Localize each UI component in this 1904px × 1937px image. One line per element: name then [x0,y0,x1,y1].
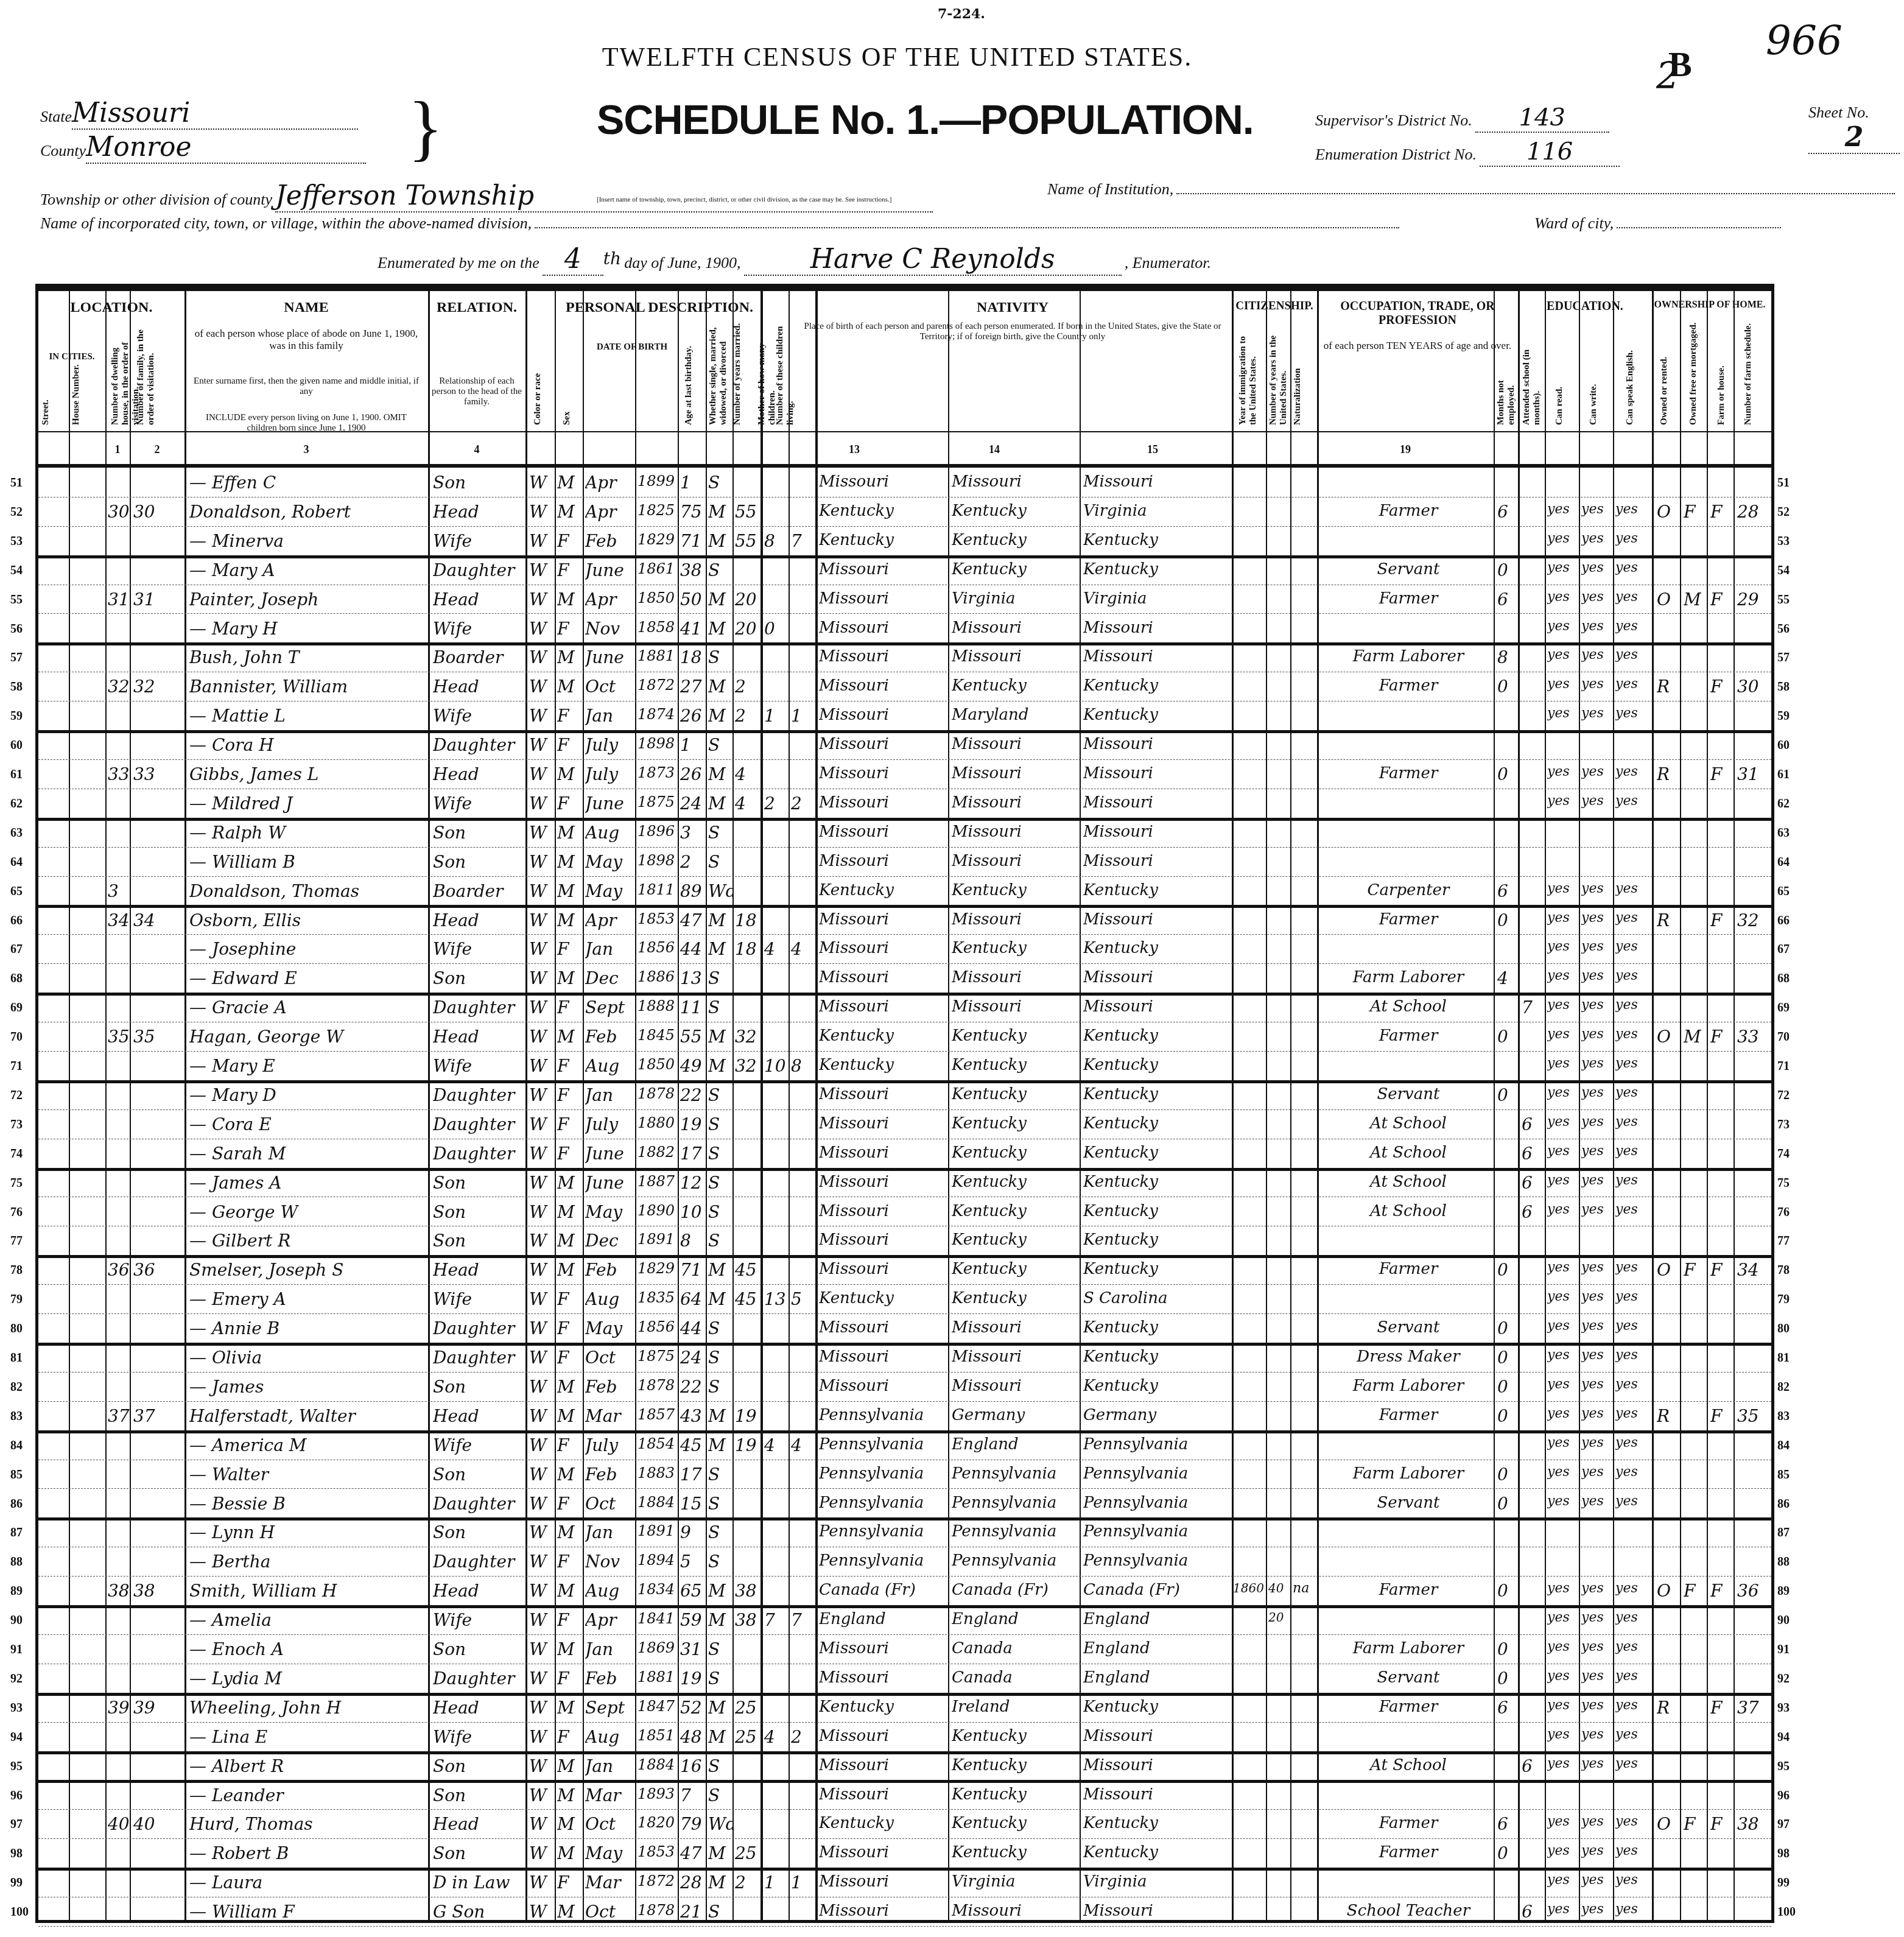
line-number-left: 82 [10,1380,23,1394]
group-ownership: OWNERSHIP OF HOME. [1652,300,1768,311]
enumerator-label: , Enumerator. [1125,254,1211,272]
line-number-left: 88 [10,1555,23,1569]
birth-year: 1854 [638,1435,676,1452]
birth-month: Mar [585,1872,634,1893]
years-married: 32 [735,1056,759,1076]
occupation: At School [1323,1756,1494,1774]
children-living: 8 [791,1056,815,1076]
table-row: 77 — Gilbert R Son W M Dec 1891 8 S Miss… [38,1226,1771,1258]
color-race: W [529,1668,553,1689]
institution-value [1176,193,1895,194]
line-number-right: 93 [1777,1701,1790,1715]
can-read: yes [1547,589,1579,605]
line-number-right: 82 [1777,1380,1790,1394]
birth-year: 1869 [638,1639,676,1656]
relation: Son [433,1202,524,1222]
marital-status: S [708,647,732,667]
birthplace-father: Kentucky [952,1843,1078,1861]
birthplace-person: Pennsylvania [819,1522,947,1541]
birthplace-person: Missouri [819,647,947,666]
color-race: W [529,997,553,1018]
age: 8 [680,1231,704,1251]
person-name: — Ralph W [189,823,427,843]
relation: Head [433,502,524,522]
birth-month: Apr [585,589,634,610]
color-race: W [529,1318,553,1338]
col-speak-english: Can speak English. [1625,328,1635,425]
sex: F [557,735,581,755]
group-occupation: OCCUPATION, TRADE, OR PROFESSION [1317,300,1518,328]
table-row: 76 — George W Son W M May 1890 10 S Miss… [38,1197,1771,1227]
relation: Son [433,1173,524,1193]
age: 9 [680,1522,704,1542]
age: 45 [680,1435,704,1455]
color-race: W [529,823,553,843]
col-family: Number of family, in the order of visita… [136,322,154,425]
marital-status: M [708,1843,732,1863]
can-write: yes [1581,502,1613,517]
mother-of-children: 4 [764,939,789,959]
line-number-right: 79 [1777,1293,1790,1307]
months-not-employed: 0 [1497,1377,1518,1397]
col-years-in-us: Number of years in the United States. [1268,334,1287,425]
can-read: yes [1547,881,1579,896]
age: 49 [680,1056,704,1076]
occupation: Farm Laborer [1323,968,1494,986]
can-speak-english: yes [1615,910,1651,926]
can-write: yes [1581,1377,1613,1392]
person-name: — Walter [189,1464,427,1485]
birthplace-father: Germany [952,1406,1078,1424]
can-write: yes [1581,997,1613,1013]
line-number-left: 87 [10,1526,23,1540]
can-read: yes [1547,1027,1579,1042]
person-name: — Mary H [189,619,427,639]
sheet-value: 2 [1808,122,1900,154]
can-speak-english: yes [1615,1843,1651,1858]
family-number: 36 [133,1260,182,1280]
marital-status: S [708,1318,732,1338]
colnum-19: 19 [1317,443,1494,456]
col-can-read: Can read. [1554,382,1565,425]
can-speak-english: yes [1615,1464,1651,1480]
birth-month: May [585,881,634,901]
birthplace-father: Kentucky [952,1756,1078,1774]
farm-schedule-number: 30 [1737,677,1768,697]
birth-year: 1884 [638,1756,676,1773]
birthplace-father: Kentucky [952,1785,1078,1804]
age: 89 [680,881,704,901]
mother-of-children: 8 [764,531,789,551]
marital-status: M [708,764,732,784]
occupation: Farm Laborer [1323,1464,1494,1483]
marital-status: S [708,1522,732,1542]
col-free-mortgaged: Owned free or mortgaged. [1688,328,1699,425]
years-married: 25 [735,1727,759,1747]
relation: Son [433,1785,524,1805]
enumerator-name: Harve C Reynolds [744,244,1122,276]
can-speak-english: yes [1615,502,1651,517]
enumeration-field: Enumeration District No. 116 [1315,138,1620,167]
line-number-left: 60 [10,739,23,753]
table-row: 56 — Mary H Wife W F Nov 1858 41 M 20 0 … [38,614,1771,646]
birthplace-mother: Missouri [1083,1785,1231,1804]
line-number-left: 57 [10,651,23,665]
color-race: W [529,1464,553,1485]
col-farm-house: Farm or house. [1716,352,1727,425]
birthplace-person: Missouri [819,1173,947,1191]
sex: M [557,1698,581,1718]
can-write: yes [1581,1727,1613,1742]
sex: F [557,1610,581,1630]
marital-status: M [708,502,732,522]
occupation: Farm Laborer [1323,1639,1494,1658]
birthplace-mother: Kentucky [1083,1231,1231,1249]
line-number-left: 98 [10,1847,23,1861]
person-name: Donaldson, Thomas [189,881,427,901]
can-speak-english: yes [1615,1698,1651,1713]
enumeration-label: Enumeration District No. [1315,146,1477,163]
occupation: Servant [1323,1318,1494,1337]
marital-status: M [708,939,732,959]
marital-status: S [708,560,732,580]
birthplace-mother: Kentucky [1083,706,1231,724]
can-speak-english: yes [1615,1610,1651,1625]
age: 17 [680,1464,704,1485]
birthplace-person: Missouri [819,1785,947,1804]
owned-rented: O [1657,1260,1679,1280]
can-write: yes [1581,1085,1613,1100]
person-name: — Cora H [189,735,427,755]
birthplace-person: Missouri [819,939,947,957]
sex: F [557,1348,581,1368]
colnum-4: 4 [428,443,525,456]
col-marital: Whether single, married, widowed, or div… [708,315,726,425]
color-race: W [529,852,553,872]
table-row: 80 — Annie B Daughter W F May 1856 44 S … [38,1313,1771,1346]
line-number-left: 90 [10,1614,23,1628]
marital-status: S [708,1144,732,1164]
color-race: W [529,1581,553,1601]
color-race: W [529,1144,553,1164]
marital-status: M [708,1698,732,1718]
occupation: Farmer [1323,1260,1494,1278]
color-race: W [529,1289,553,1309]
can-read: yes [1547,1698,1579,1713]
person-name: — Albert R [189,1756,427,1776]
years-married: 55 [735,502,759,522]
months-not-employed: 0 [1497,1085,1518,1105]
birthplace-father: Pennsylvania [952,1464,1078,1483]
birthplace-father: Kentucky [952,1056,1078,1074]
age: 43 [680,1406,704,1426]
institution-label: Name of Institution, [1047,180,1173,198]
birthplace-mother: Virginia [1083,502,1231,520]
birthplace-person: Missouri [819,1756,947,1774]
birth-year: 1893 [638,1785,676,1802]
birthplace-father: Missouri [952,793,1078,812]
sex: F [557,531,581,551]
birthplace-mother: Missouri [1083,647,1231,666]
line-number-left: 85 [10,1468,23,1482]
birthplace-mother: England [1083,1610,1231,1628]
col-immigration-year: Year of immigration to the United States… [1238,334,1256,425]
line-number-left: 59 [10,709,23,723]
age: 10 [680,1202,704,1222]
col-can-write: Can write. [1589,382,1599,425]
farm-house: F [1710,1260,1732,1280]
can-speak-english: yes [1615,968,1651,983]
birth-month: May [585,852,634,872]
color-race: W [529,1114,553,1134]
population-schedule-table: LOCATION. IN CITIES. NAME of each person… [35,284,1774,1923]
attended-school: 6 [1522,1756,1544,1776]
can-speak-english: yes [1615,589,1651,605]
col-farm-schedule: Number of farm schedule. [1743,328,1754,425]
line-number-right: 62 [1777,797,1790,811]
table-row: 67 — Josephine Wife W F Jan 1856 44 M 18… [38,934,1771,964]
naturalization: na [1293,1581,1317,1596]
line-number-left: 77 [10,1234,23,1248]
children-living: 7 [791,531,815,551]
line-number-right: 69 [1777,1001,1790,1015]
table-row: 93 39 39 Wheeling, John H Head W M Sept … [38,1693,1771,1723]
table-row: 70 35 35 Hagan, George W Head W M Feb 18… [38,1022,1771,1052]
months-not-employed: 0 [1497,1027,1518,1047]
birthplace-person: Missouri [819,1348,947,1366]
relation: Boarder [433,881,524,901]
birthplace-mother: Missouri [1083,735,1231,753]
birth-month: July [585,1114,634,1134]
sex: M [557,852,581,872]
months-not-employed: 0 [1497,1406,1518,1426]
birthplace-person: Missouri [819,968,947,986]
color-race: W [529,764,553,784]
can-read: yes [1547,910,1579,926]
city-value [535,227,1399,228]
can-read: yes [1547,647,1579,663]
birthplace-mother: Missouri [1083,910,1231,929]
line-number-right: 96 [1777,1789,1790,1803]
age: 47 [680,910,704,930]
sex: F [557,1056,581,1076]
can-write: yes [1581,677,1613,692]
marital-status: M [708,910,732,930]
age: 12 [680,1173,704,1193]
owned-rented: O [1657,502,1679,522]
person-name: — Mary D [189,1085,427,1105]
birthplace-person: Missouri [819,1202,947,1220]
color-race: W [529,1377,553,1397]
colnum-13: 13 [793,443,915,456]
months-not-employed: 0 [1497,560,1518,580]
sex: M [557,1902,581,1922]
group-nativity: NATIVITY [793,300,1232,316]
sex: M [557,1173,581,1193]
line-number-right: 60 [1777,739,1790,753]
birth-month: Mar [585,1785,634,1805]
birthplace-mother: Virginia [1083,1872,1231,1891]
can-read: yes [1547,1668,1579,1684]
years-married: 18 [735,939,759,959]
months-not-employed: 8 [1497,647,1518,667]
age: 22 [680,1377,704,1397]
birth-month: Apr [585,473,634,493]
occupation: Farmer [1323,1698,1494,1716]
township-note: [Insert name of township, town, precinct… [597,196,892,203]
marital-status: S [708,1202,732,1222]
person-name: — Cora E [189,1114,427,1134]
age: 17 [680,1144,704,1164]
color-race: W [529,735,553,755]
birth-month: Jan [585,1085,634,1105]
occupation: Farm Laborer [1323,647,1494,666]
person-name: — William B [189,852,427,872]
free-mortgaged: M [1684,1027,1706,1047]
colnum-3: 3 [184,443,428,456]
free-mortgaged: M [1684,589,1706,610]
color-race: W [529,1522,553,1542]
years-married: 2 [735,706,759,726]
table-row: 87 — Lynn H Son W M Jan 1891 9 S Pennsyl… [38,1517,1771,1547]
can-write: yes [1581,881,1613,896]
birthplace-father: Missouri [952,968,1078,986]
can-write: yes [1581,1027,1613,1042]
sex: M [557,677,581,697]
line-number-right: 61 [1777,768,1790,782]
col-mother-children: Mother of how many children. [757,315,775,425]
brace-decoration: } [408,91,443,164]
marital-status: M [708,1289,732,1309]
age: 24 [680,793,704,814]
relation: Head [433,910,524,930]
line-number-left: 73 [10,1118,23,1132]
marital-status: M [708,793,732,814]
person-name: — William F [189,1902,427,1922]
stamp-number: 966 [1766,17,1843,64]
relation: Head [433,1027,524,1047]
line-number-right: 59 [1777,709,1790,723]
months-not-employed: 0 [1497,764,1518,784]
ward-field: Ward of city, [1534,214,1781,233]
birthplace-person: Missouri [819,823,947,841]
birthplace-father: Kentucky [952,881,1078,899]
birthplace-mother: Pennsylvania [1083,1464,1231,1483]
birth-year: 1858 [638,619,676,636]
birth-year: 1880 [638,1114,676,1131]
marital-status: M [708,1435,732,1455]
can-read: yes [1547,1289,1579,1304]
color-race: W [529,1843,553,1863]
col-color: Color or race [533,364,543,425]
can-read: yes [1547,1144,1579,1159]
table-row: 51 — Effen C Son W M Apr 1899 1 S Missou… [38,468,1771,497]
birthplace-person: Kentucky [819,1814,947,1832]
person-name: — Annie B [189,1318,427,1338]
months-not-employed: 0 [1497,1639,1518,1659]
person-name: Smith, William H [189,1581,427,1601]
marital-status: S [708,1114,732,1134]
months-not-employed: 0 [1497,1348,1518,1368]
birth-month: Aug [585,1727,634,1747]
can-speak-english: yes [1615,706,1651,721]
person-name: — Laura [189,1872,427,1893]
sex: F [557,1494,581,1514]
sex: M [557,1231,581,1251]
can-speak-english: yes [1615,997,1651,1013]
farm-house: F [1710,910,1732,930]
birth-month: Apr [585,910,634,930]
birth-month: Oct [585,677,634,697]
birth-year: 1873 [638,764,676,781]
line-number-right: 98 [1777,1847,1790,1861]
relation: Son [433,823,524,843]
birthplace-person: Missouri [819,852,947,870]
children-living: 2 [791,1727,815,1747]
relation: Son [433,1522,524,1542]
family-number: 30 [133,502,182,522]
birthplace-person: Missouri [819,706,947,724]
owned-rented: O [1657,1581,1679,1601]
line-number-right: 75 [1777,1176,1790,1190]
birthplace-mother: Kentucky [1083,939,1231,957]
dwelling-number: 33 [108,764,130,784]
birthplace-mother: England [1083,1639,1231,1658]
relation: Son [433,968,524,988]
birth-month: Jan [585,939,634,959]
owned-rented: O [1657,1814,1679,1834]
city-field: Name of incorporated city, town, or vill… [40,214,1399,233]
sex: M [557,1406,581,1426]
group-location: LOCATION. [38,300,184,316]
can-write: yes [1581,910,1613,926]
color-race: W [529,1494,553,1514]
can-write: yes [1581,1114,1613,1130]
birthplace-person: Kentucky [819,531,947,549]
line-number-left: 52 [10,505,23,519]
birth-year: 1887 [638,1173,676,1190]
marital-status: M [708,1406,732,1426]
birth-year: 1853 [638,910,676,927]
dwelling-number: 38 [108,1581,130,1601]
colnum-1: 1 [105,443,130,456]
line-number-left: 70 [10,1030,23,1044]
line-number-right: 52 [1777,505,1790,519]
birthplace-person: Missouri [819,1231,947,1249]
owned-rented: O [1657,589,1679,610]
owned-rented: R [1657,1698,1679,1718]
can-speak-english: yes [1615,1902,1651,1917]
owned-rented: R [1657,910,1679,930]
years-married: 4 [735,764,759,784]
can-speak-english: yes [1615,1727,1651,1742]
relation: Son [433,1377,524,1397]
enumerated-day: 4 [543,244,603,276]
months-not-employed: 6 [1497,881,1518,901]
line-number-left: 64 [10,856,23,870]
name-instruction-2: INCLUDE every person living on June 1, 1… [191,413,422,434]
birth-month: May [585,1202,634,1222]
birthplace-mother: Kentucky [1083,1085,1231,1103]
relation: Son [433,1843,524,1863]
can-read: yes [1547,1464,1579,1480]
relation: Daughter [433,1552,524,1572]
age: 1 [680,473,704,493]
line-number-right: 68 [1777,972,1790,986]
birthplace-person: Missouri [819,910,947,929]
birth-year: 1841 [638,1610,676,1627]
birthplace-mother: Kentucky [1083,1843,1231,1861]
